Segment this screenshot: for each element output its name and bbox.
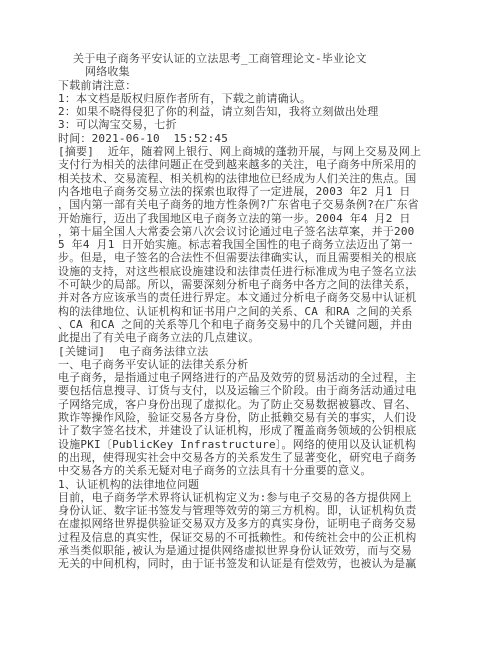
section-1-line: 设施PKI〔PublicKey Infrastructure〕。网络的使用以及认…	[58, 438, 444, 451]
abstract-line: 支付行为相关的法律问题正在受到越来越多的关注，电子商务中所采用的	[58, 158, 444, 171]
download-notice-header: 下载前请注意：	[58, 79, 444, 92]
timestamp: 时间：2021-06-10 15:52:45	[58, 132, 444, 145]
abstract-line: 5 年4 月1 日开始实施。标志着我国全国性的电子商务立法迈出了第一	[58, 238, 444, 251]
section-1-line: 的出现，使得现实社会中交易各方的关系发生了显著变化，研究电子商务	[58, 451, 444, 464]
subsection-1-1-line: 无关的中间机构，同时，由于证书签发和认证是有偿效劳，也被认为是赢	[58, 557, 444, 570]
section-1-line: 中交易各方的关系无疑对电子商务的立法具有十分重要的意义。	[58, 464, 444, 477]
abstract-line: 设施的支持，对这些根底设施建设和法律责任进行标准成为电子签名立法	[58, 265, 444, 278]
subsection-1-1-heading: 1、认证机构的法律地位问题	[58, 478, 444, 491]
abstract-line: 步。但是，电子签名的合法性不但需要法律确实认，而且需要相关的根底	[58, 251, 444, 264]
abstract-line: ，第十届全国人大常委会第八次会议讨论通过电子签名法草案，并于200	[58, 225, 444, 238]
subsection-1-1-line: 目前，电子商务学术界将认证机构定义为:参与电子交易的各方提供网上	[58, 491, 444, 504]
abstract-line: 、CA 和CA 之间的关系等几个和电子商务交易中的几个关键问题，并由	[58, 318, 444, 331]
download-notice-item: 1：本文档是版权归原作者所有，下载之前请确认。	[58, 92, 444, 105]
section-1-paragraph: 电子商务，是指通过电子网络进行的产品及效劳的贸易活动的全过程，主要包括信息搜寻、…	[58, 371, 444, 477]
subsection-1-1-line: 承当类似职能,被认为是通过提供网络虚拟世界身份认证效劳，而与交易	[58, 544, 444, 557]
document-body: 关于电子商务平安认证的立法思考_工商管理论文-毕业论文 网络收集 下载前请注意：…	[58, 52, 444, 571]
abstract-line: ，国内第一部有关电子商务的地方性条例?广东省电子交易条例?在广东省	[58, 198, 444, 211]
keywords-line: [关键词] 电子商务法律立法	[58, 345, 444, 358]
subsection-1-1-line: 在虚拟网络世界提供验证交易双方及多方的真实身份，证明电子商务交易	[58, 517, 444, 530]
source-note: 网络收集	[58, 65, 444, 78]
download-notice-list: 1：本文档是版权归原作者所有，下载之前请确认。2：如果不晓得侵犯了你的利益，请立…	[58, 92, 444, 132]
abstract-line: [摘要] 近年，随着网上银行、网上商城的蓬勃开展，与网上交易及网上	[58, 145, 444, 158]
section-1-heading: 一、电子商务平安认证的法律关系分析	[58, 358, 444, 371]
subsection-1-1-paragraph: 目前，电子商务学术界将认证机构定义为:参与电子交易的各方提供网上身份认证、数字证…	[58, 491, 444, 571]
section-1-line: 要包括信息搜寻、订货与支付，以及运输三个阶段。由于商务活动通过电	[58, 384, 444, 397]
abstract-line: 不可缺少的局部。所以，需要深刻分析电子商务中各方之间的法律关系，	[58, 278, 444, 291]
section-1-line: 电子商务，是指通过电子网络进行的产品及效劳的贸易活动的全过程，主	[58, 371, 444, 384]
section-1-line: 子网络完成，客户身份出现了虚拟化。为了防止交易数据被篡改、冒名、	[58, 398, 444, 411]
subsection-1-1-line: 身份认证、数字证书签发与管理等效劳的第三方机构。即，认证机构负责	[58, 504, 444, 517]
download-notice-item: 3：可以淘宝交易，七折	[58, 118, 444, 131]
abstract-paragraph: [摘要] 近年，随着网上银行、网上商城的蓬勃开展，与网上交易及网上支付行为相关的…	[58, 145, 444, 344]
abstract-line: 构的法律地位、认证机构和证书用户之间的关系、CA 和RA 之间的关系	[58, 305, 444, 318]
document-title: 关于电子商务平安认证的立法思考_工商管理论文-毕业论文	[58, 52, 444, 65]
download-notice-item: 2：如果不晓得侵犯了你的利益，请立刻告知，我将立刻做出处理	[58, 105, 444, 118]
abstract-line: 内各地电子商务交易立法的探索也取得了一定进展，2003 年2 月1 日	[58, 185, 444, 198]
abstract-line: 相关技术、交易流程、相关机构的法律地位已经成为人们关注的焦点。国	[58, 172, 444, 185]
section-1-line: 欺诈等操作风险，验证交易各方身份，防止抵赖交易有关的事实，人们设	[58, 411, 444, 424]
section-1-line: 计了数字签名技术，并建设了认证机构，形成了覆盖商务领域的公钥根底	[58, 424, 444, 437]
subsection-1-1-line: 过程及信息的真实性，保证交易的不可抵赖性。和传统社会中的公正机构	[58, 531, 444, 544]
abstract-line: 此提出了有关电子商务立法的几点建议。	[58, 331, 444, 344]
abstract-line: 开始施行，迈出了我国地区电子商务立法的第一步。2004 年4 月2 日	[58, 212, 444, 225]
abstract-line: 并对各方应该承当的责任进行界定。本文通过分析电子商务交易中认证机	[58, 291, 444, 304]
document-page: 关于电子商务平安认证的立法思考_工商管理论文-毕业论文 网络收集 下载前请注意：…	[0, 0, 500, 647]
